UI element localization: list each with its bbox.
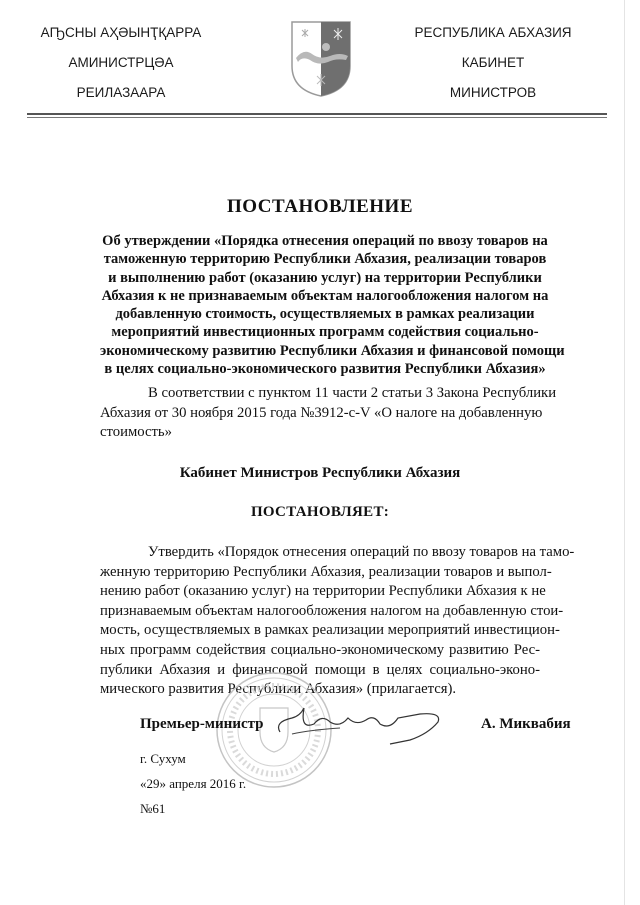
decree-line: ных программ содействия социально-эконом… [100,641,540,661]
signatory-name: А. Миквабия [481,716,571,733]
header-divider [27,113,607,115]
legal-basis-paragraph: В соответствии с пунктом 11 части 2 стат… [100,384,540,443]
coat-of-arms-icon [290,20,352,98]
basis-line: Абхазия от 30 ноября 2015 года №3912-с-V… [100,404,540,424]
header-divider [27,117,607,118]
decree-line: Утвердить «Порядок отнесения операций по… [100,543,540,563]
decree-line: женную территорию Республики Абхазия, ре… [100,563,540,583]
header-left-line: РЕИЛАЗААРА [6,81,236,111]
subject-line: Абхазия к не признаваемым объектам налог… [100,287,550,305]
document-subject: Об утверждении «Порядка отнесения операц… [100,232,550,378]
decree-line: мость, осуществляемых в рамках реализаци… [100,621,540,641]
basis-line: В соответствии с пунктом 11 части 2 стат… [100,384,540,404]
header-right-line: КАБИНЕТ [378,51,608,81]
subject-line: в целях социально-экономического развити… [100,360,550,378]
subject-line: мероприятий инвестиционных программ соде… [100,323,550,341]
issuing-body: Кабинет Министров Республики Абхазия [0,465,640,482]
resolves-heading: ПОСТАНОВЛЯЕТ: [0,504,640,521]
subject-line: добавленную стоимость, осуществляемых в … [100,305,550,323]
issue-date: «29» апреля 2016 г. [140,776,246,792]
document-title: ПОСТАНОВЛЕНИЕ [0,196,640,218]
header-right-line: МИНИСТРОВ [378,81,608,111]
page-edge [624,0,625,905]
subject-line: таможенную территорию Республики Абхазия… [100,250,550,268]
subject-line: и выполнению работ (оказанию услуг) на т… [100,269,550,287]
header-left-line: АҦСНЫ АҲӘЫНҬҚАРРА [6,21,236,51]
subject-line: экономическому развитию Республики Абхаз… [100,342,550,360]
header-abkhaz: АҦСНЫ АҲӘЫНҬҚАРРА АМИНИСТРЦӘА РЕИЛАЗААРА [6,21,236,111]
signatory-position: Премьер-министр [140,716,264,733]
decree-line: нению работ (оказанию услуг) на территор… [100,582,540,602]
document-number: №61 [140,801,165,817]
header-left-line: АМИНИСТРЦӘА [6,51,236,81]
decree-line: признаваемым объектам налогообложения на… [100,602,540,622]
signature-icon [270,700,450,750]
header-russian: РЕСПУБЛИКА АБХАЗИЯ КАБИНЕТ МИНИСТРОВ [378,21,608,111]
basis-line: стоимость» [100,423,540,443]
issue-city: г. Сухум [140,751,186,767]
header-right-line: РЕСПУБЛИКА АБХАЗИЯ [378,21,608,51]
subject-line: Об утверждении «Порядка отнесения операц… [100,232,550,250]
